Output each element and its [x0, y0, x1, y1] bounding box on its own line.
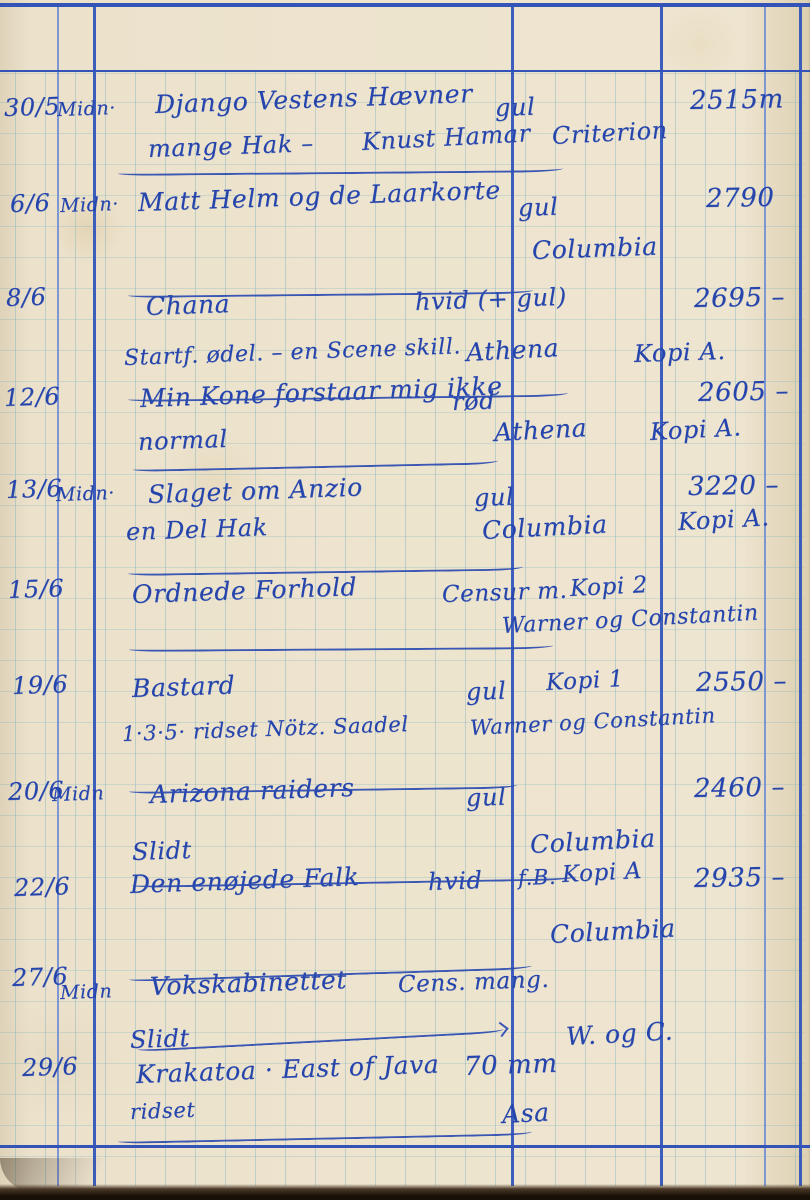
entry-3-meters: 2695 – — [694, 284, 785, 312]
entry-2-marker: Midn· — [60, 195, 120, 216]
entry-5-marker: Midn· — [56, 484, 116, 505]
entry-2-censor-color: gul — [518, 195, 559, 220]
entry-2-date: 6/6 — [10, 191, 51, 216]
page-bottom-edge — [0, 1184, 810, 1200]
entry-3-note: Startf. ødel. – en Scene skill. — [124, 336, 462, 370]
entry-7-censor-color: gul — [466, 679, 507, 704]
horizontal-rule-top — [0, 3, 810, 7]
entry-4-copy: Kopi A. — [649, 415, 742, 444]
entry-1-title: Django Vestens Hævner — [155, 81, 473, 117]
entry-6-company: Warner og Constantin — [501, 603, 759, 638]
entry-5-title: Slaget om Anzio — [148, 475, 364, 507]
entry-1-censor-color: gul — [495, 95, 536, 120]
entry-6-title: Ordnede Forhold — [132, 574, 358, 607]
entry-4-note: normal — [138, 427, 229, 454]
entry-10-company: W. og C. — [565, 1018, 673, 1049]
entry-5-censor-color: gul — [474, 485, 515, 510]
entry-7-title: Bastard — [132, 672, 236, 701]
entry-6-censor-note: Censur m. — [442, 580, 568, 607]
horizontal-rule-header — [0, 70, 810, 72]
entry-separator-6 — [129, 643, 553, 652]
vertical-rule-left-margin — [93, 6, 96, 1186]
entry-5-meters: 3220 – — [688, 472, 779, 500]
entry-6-date: 15/6 — [8, 576, 65, 602]
entry-3-copy: Kopi A. — [634, 339, 726, 366]
entry-separator-11 — [118, 1129, 532, 1144]
entry-1-marker: Midn· — [57, 99, 117, 120]
entry-6-copy: Kopi 2 — [569, 574, 648, 601]
entry-5-company: Columbia — [481, 511, 608, 543]
horizontal-rule-bottom — [0, 1145, 810, 1148]
entry-4-date: 12/6 — [4, 384, 61, 410]
entry-2-title: Matt Helm og de Laarkorte — [138, 177, 502, 215]
entry-7-company: Warner og Constantin — [469, 705, 716, 739]
vertical-rule-column-2 — [660, 6, 663, 1186]
entry-5-date: 13/6 — [6, 476, 63, 502]
entry-7-date: 19/6 — [12, 672, 69, 698]
entry-5-copy: Kopi A. — [677, 505, 770, 534]
entry-1-note: mange Hak – — [148, 131, 314, 161]
entry-11-title: Krakatoa · East of Java — [136, 1051, 440, 1087]
entry-2-company: Columbia — [532, 234, 658, 263]
entry-11-date: 29/6 — [22, 1054, 79, 1080]
entry-5-note: en Del Hak — [126, 515, 269, 544]
entry-10-censor-note: Cens. mang. — [398, 969, 550, 997]
entry-1-meters: 2515m — [690, 86, 784, 114]
entry-4-meters: 2605 – — [698, 378, 789, 406]
ledger-page: 30/5Midn·Django Vestens Hævnergul2515mma… — [0, 0, 810, 1200]
entry-11-company: Asa — [501, 1100, 550, 1127]
entry-10-marker: Midn — [60, 982, 113, 1003]
entry-7-copy: Kopi 1 — [545, 668, 624, 695]
entry-separator-4 — [133, 458, 498, 472]
entry-9-company: Columbia — [549, 915, 676, 947]
entry-9-date: 22/6 — [14, 874, 71, 900]
entry-4-company: Athena — [493, 415, 587, 445]
entry-2-meters: 2790 — [706, 185, 775, 212]
entry-3-company: Athena — [465, 335, 559, 365]
entry-8-meters: 2460 – — [694, 774, 785, 802]
entry-9-meters: 2935 – — [694, 864, 785, 892]
entry-separator-10 — [138, 1027, 504, 1052]
entry-11-gauge: 70 mm — [464, 1051, 559, 1080]
entry-9-copy: Kopi A — [561, 860, 642, 887]
entry-8-note: Slidt — [132, 838, 193, 864]
entry-11-note: ridset — [130, 1100, 196, 1123]
entry-7-note: 1·3·5· ridset Nötz. Saadel — [122, 714, 409, 745]
vertical-rule-right-edge — [799, 6, 802, 1186]
entry-8-company: Columbia — [529, 825, 656, 857]
entry-1-note-2: Knust Hamar — [361, 121, 531, 154]
entry-8-marker: Midn — [52, 784, 105, 805]
entry-3-date: 8/6 — [6, 285, 47, 310]
entry-1-date: 30/5 — [4, 94, 61, 120]
entry-1-cinema: Criterion — [551, 118, 668, 148]
entry-7-meters: 2550 – — [696, 668, 787, 696]
